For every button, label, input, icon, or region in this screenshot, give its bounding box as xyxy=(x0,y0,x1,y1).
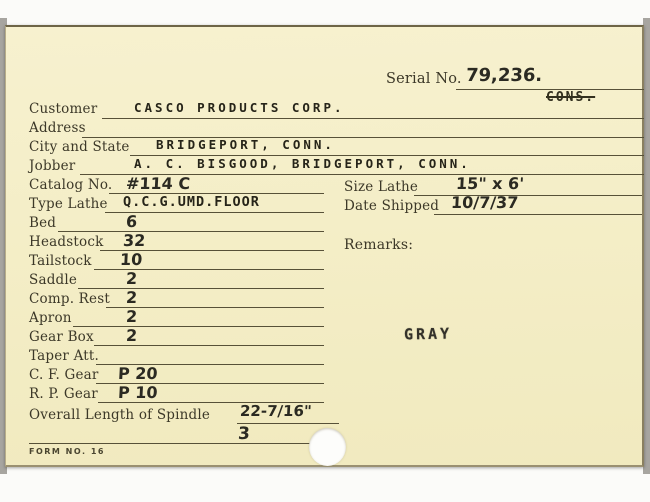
cancelled-cons-stamp: CONS. xyxy=(546,90,595,105)
customer-label: Customer xyxy=(29,101,97,117)
form-number: FORM NO. 16 xyxy=(29,447,105,456)
city-state-label: City and State xyxy=(29,139,130,155)
tailstock-value: 10 xyxy=(120,250,143,269)
apron-value: 2 xyxy=(126,307,138,326)
headstock-label: Headstock xyxy=(29,234,103,250)
hole-punch xyxy=(309,428,346,466)
saddle-line xyxy=(78,288,324,289)
type-lathe-label: Type Lathe xyxy=(29,196,108,212)
spindle-length-line xyxy=(237,423,339,424)
comp-rest-line xyxy=(106,307,324,308)
lathe-record-card: Serial No. 79,236. CONS. Customer CASCO … xyxy=(5,25,644,467)
customer-line xyxy=(102,118,644,119)
jobber-label: Jobber xyxy=(29,158,75,174)
saddle-value: 2 xyxy=(126,269,138,288)
spindle-length-value: 22-7/16" xyxy=(240,402,313,420)
continuation-value: 3 xyxy=(237,424,250,444)
size-lathe-value: 15" x 6' xyxy=(456,174,525,193)
apron-line xyxy=(73,326,324,327)
type-lathe-value: Q.C.G.UMD.FLOOR xyxy=(123,194,260,210)
bed-label: Bed xyxy=(29,215,56,231)
date-shipped-value: 10/7/37 xyxy=(451,193,519,212)
bed-line xyxy=(58,231,324,232)
saddle-label: Saddle xyxy=(29,272,77,288)
spindle-length-label: Overall Length of Spindle xyxy=(29,407,210,423)
apron-label: Apron xyxy=(29,310,72,326)
headstock-value: 32 xyxy=(123,231,146,250)
color-gray-stamp: GRAY xyxy=(404,325,452,344)
serial-label: Serial No. xyxy=(386,71,462,87)
gear-box-label: Gear Box xyxy=(29,329,94,345)
taper-att-label: Taper Att. xyxy=(29,348,99,364)
cf-gear-value: P 20 xyxy=(118,364,159,383)
comp-rest-value: 2 xyxy=(126,288,138,307)
size-lathe-label: Size Lathe xyxy=(344,179,418,195)
catalog-no-label: Catalog No. xyxy=(29,177,112,193)
size-lathe-line xyxy=(414,195,642,196)
rp-gear-value: P 10 xyxy=(118,383,159,402)
address-label: Address xyxy=(29,120,86,136)
date-shipped-line xyxy=(434,214,642,215)
scan-margin-right xyxy=(643,18,650,474)
serial-value: 79,236. xyxy=(465,65,542,86)
gear-box-value: 2 xyxy=(126,326,138,345)
city-state-value: BRIDGEPORT, CONN. xyxy=(156,137,335,152)
date-shipped-label: Date Shipped xyxy=(344,198,439,214)
cf-gear-label: C. F. Gear xyxy=(29,367,99,383)
rp-gear-label: R. P. Gear xyxy=(29,386,98,402)
continuation-line xyxy=(29,443,313,444)
bed-value: 6 xyxy=(126,212,138,231)
jobber-value: A. C. BISGOOD, BRIDGEPORT, CONN. xyxy=(134,156,471,171)
catalog-no-value: #114 C xyxy=(126,174,191,193)
remarks-label: Remarks: xyxy=(344,237,413,253)
type-lathe-line xyxy=(105,212,324,213)
gear-box-line xyxy=(94,345,324,346)
tailstock-label: Tailstock xyxy=(29,253,92,269)
customer-value: CASCO PRODUCTS CORP. xyxy=(134,100,345,115)
comp-rest-label: Comp. Rest xyxy=(29,291,110,307)
